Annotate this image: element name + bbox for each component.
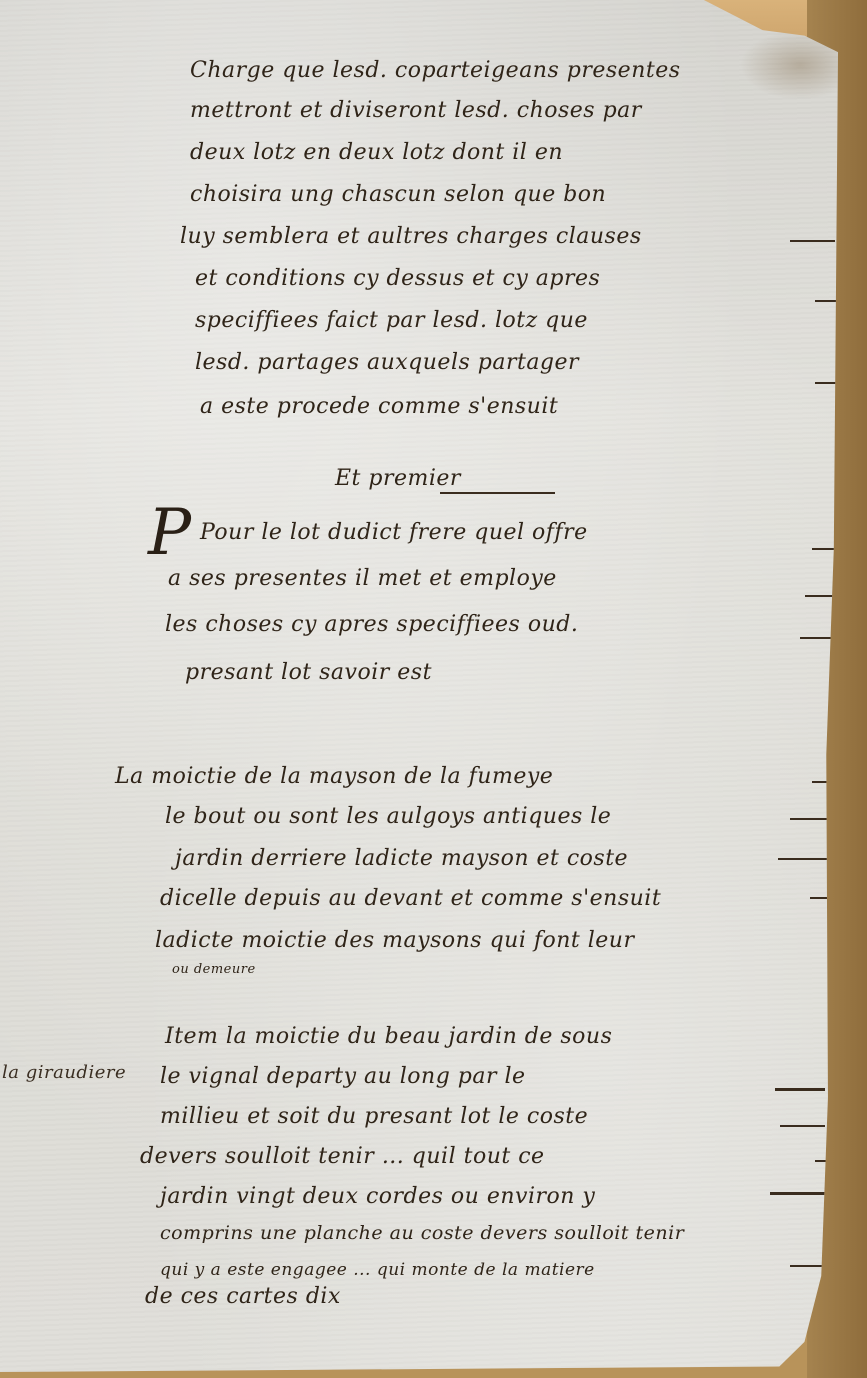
text-line: le bout ou sont les aulgoys antiques le: [165, 804, 611, 829]
text-line: comprins une planche au coste devers sou…: [160, 1222, 684, 1244]
line-filler-dash: [790, 240, 835, 242]
text-line: jardin derriere ladicte mayson et coste: [175, 846, 628, 871]
text-line: speciffiees faict par lesd. lotz que: [195, 308, 588, 333]
text-line: qui y a este engagee ... qui monte de la…: [160, 1260, 595, 1280]
text-line: ladicte moictie des maysons qui font leu…: [155, 928, 635, 953]
text-line: mettront et diviseront lesd. choses par: [190, 98, 642, 123]
text-line: a ses presentes il met et employe: [168, 566, 557, 591]
text-line: millieu et soit du presant lot le coste: [160, 1104, 588, 1129]
manuscript-page: Charge que lesd. coparteigeans presentes…: [0, 0, 838, 1372]
text-line: dicelle depuis au devant et comme s'ensu…: [160, 886, 661, 911]
text-line: La moictie de la mayson de la fumeye: [115, 764, 553, 789]
text-line: deux lotz en deux lotz dont il en: [190, 140, 563, 165]
decorated-initial-p: P: [148, 496, 191, 570]
text-line: Item la moictie du beau jardin de sous: [165, 1024, 612, 1049]
line-filler-dash: [775, 1088, 825, 1091]
text-line: a este procede comme s'ensuit: [200, 394, 558, 419]
text-line: et conditions cy dessus et cy apres: [195, 266, 600, 291]
line-filler-dash: [780, 1125, 825, 1127]
text-line: presant lot savoir est: [185, 660, 432, 685]
heading-underline: [440, 492, 555, 494]
text-line: le vignal departy au long par le: [160, 1064, 526, 1089]
text-line: luy semblera et aultres charges clauses: [180, 224, 642, 249]
text-line: les choses cy apres speciffiees oud.: [165, 612, 578, 637]
text-line: lesd. partages auxquels partager: [195, 350, 579, 375]
text-line: Pour le lot dudict frere quel offre: [200, 520, 588, 545]
text-line: de ces cartes dix: [145, 1284, 341, 1309]
text-line: devers soulloit tenir ... quil tout ce: [140, 1144, 545, 1169]
line-filler-dash: [770, 1192, 825, 1195]
text-line-small: ou demeure: [172, 962, 256, 977]
text-line: choisira ung chascun selon que bon: [190, 182, 606, 207]
text-line: jardin vingt deux cordes ou environ y: [160, 1184, 595, 1209]
text-line: Charge que lesd. coparteigeans presentes: [190, 58, 681, 83]
margin-note: la giraudiere: [2, 1062, 126, 1083]
section-heading: Et premier: [335, 466, 461, 491]
line-filler-dash: [790, 1265, 825, 1267]
